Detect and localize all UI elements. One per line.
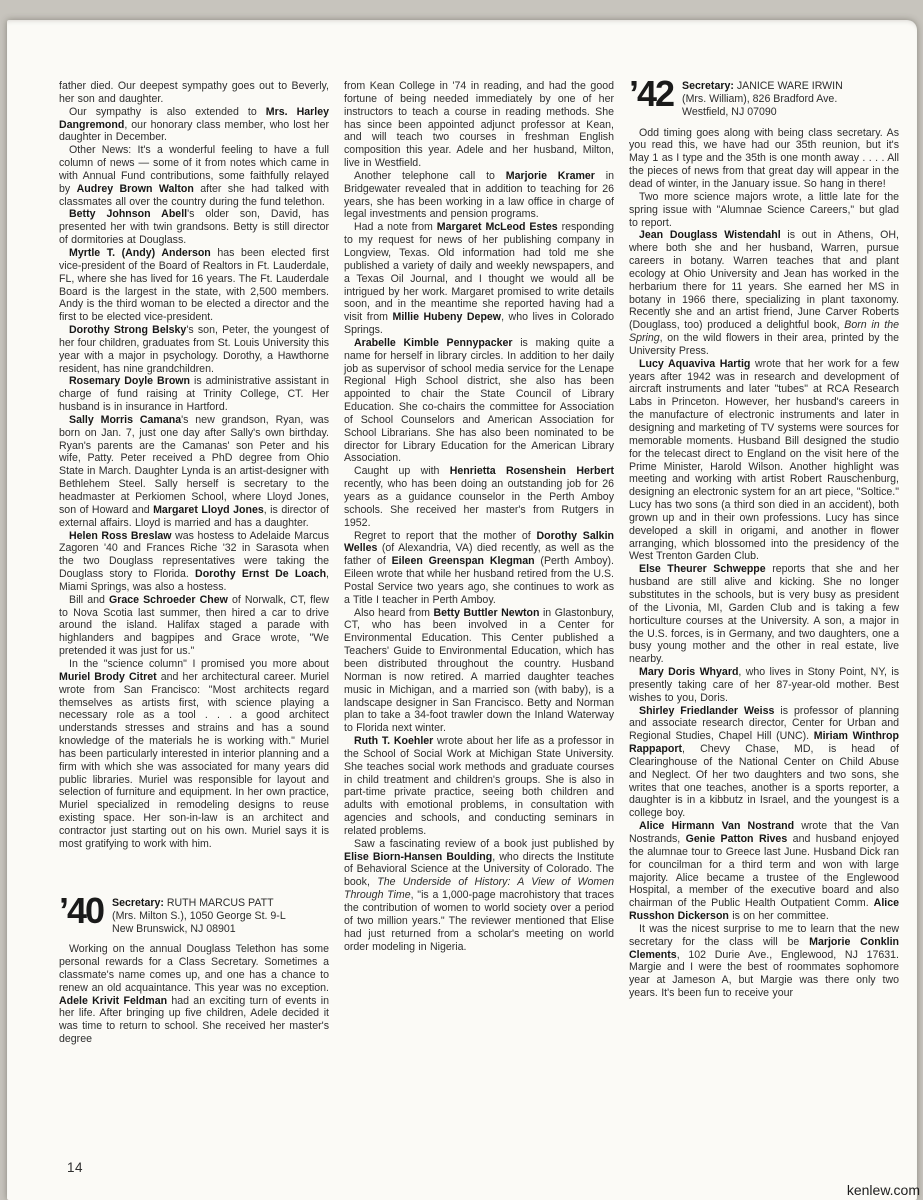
paragraph: It was the nicest surprise to me to lear… [629, 923, 899, 1000]
class-year-marker: ’40 [59, 895, 103, 927]
paragraph: Dorothy Strong Belsky's son, Peter, the … [59, 324, 329, 375]
secretary-info: Secretary: RUTH MARCUS PATT(Mrs. Milton … [112, 897, 286, 937]
paragraph: Our sympathy is also extended to Mrs. Ha… [59, 106, 329, 145]
paragraph: Myrtle T. (Andy) Anderson has been elect… [59, 247, 329, 324]
paragraph: Regret to report that the mother of Doro… [344, 530, 614, 607]
paragraph: Had a note from Margaret McLeod Estes re… [344, 221, 614, 337]
paragraph: Ruth T. Koehler wrote about her life as … [344, 735, 614, 838]
paragraph: Caught up with Henrietta Rosenshein Herb… [344, 465, 614, 529]
magazine-page: father died. Our deepest sympathy goes o… [7, 20, 917, 1200]
paragraph: Saw a fascinating review of a book just … [344, 838, 614, 954]
paragraph: Working on the annual Douglass Telethon … [59, 943, 329, 1046]
paragraph: father died. Our deepest sympathy goes o… [59, 80, 329, 106]
paragraph: Lucy Aquaviva Hartig wrote that her work… [629, 358, 899, 564]
class-year-marker: ’42 [629, 78, 673, 110]
text-columns: father died. Our deepest sympathy goes o… [59, 80, 899, 1046]
paragraph: Betty Johnson Abell's older son, David, … [59, 208, 329, 247]
column-right: ’42Secretary: JANICE WARE IRWIN(Mrs. Wil… [629, 80, 899, 1046]
paragraph: In the "science column" I promised you m… [59, 658, 329, 851]
class-year-header-40: ’40Secretary: RUTH MARCUS PATT(Mrs. Milt… [59, 897, 329, 937]
page-number: 14 [67, 1160, 83, 1175]
paragraph: Helen Ross Breslaw was hostess to Adelai… [59, 530, 329, 594]
secretary-info: Secretary: JANICE WARE IRWIN(Mrs. Willia… [682, 80, 843, 120]
paragraph: Bill and Grace Schroeder Chew of Norwalk… [59, 594, 329, 658]
paragraph: Also heard from Betty Buttler Newton in … [344, 607, 614, 735]
column-center: from Kean College in '74 in reading, and… [344, 80, 614, 1046]
paragraph: Two more science majors wrote, a little … [629, 191, 899, 230]
paragraph: Rosemary Doyle Brown is administrative a… [59, 375, 329, 414]
watermark: kenlew.com [847, 1182, 920, 1198]
paragraph: Arabelle Kimble Pennypacker is making qu… [344, 337, 614, 465]
scan-background: { "page": { "number": "14", "watermark":… [0, 0, 923, 1200]
column-left: father died. Our deepest sympathy goes o… [59, 80, 329, 1046]
paragraph: Sally Morris Camana's new grandson, Ryan… [59, 414, 329, 530]
class-year-header-42: ’42Secretary: JANICE WARE IRWIN(Mrs. Wil… [629, 80, 899, 120]
paragraph: Odd timing goes along with being class s… [629, 127, 899, 191]
paragraph: Alice Hirmann Van Nostrand wrote that th… [629, 820, 899, 923]
paragraph: Shirley Friedlander Weiss is professor o… [629, 705, 899, 821]
paragraph: from Kean College in '74 in reading, and… [344, 80, 614, 170]
paragraph: Another telephone call to Marjorie Krame… [344, 170, 614, 221]
paragraph: Other News: It's a wonderful feeling to … [59, 144, 329, 208]
paragraph: Jean Douglass Wistendahl is out in Athen… [629, 229, 899, 357]
paragraph: Mary Doris Whyard, who lives in Stony Po… [629, 666, 899, 705]
paragraph: Else Theurer Schweppe reports that she a… [629, 563, 899, 666]
